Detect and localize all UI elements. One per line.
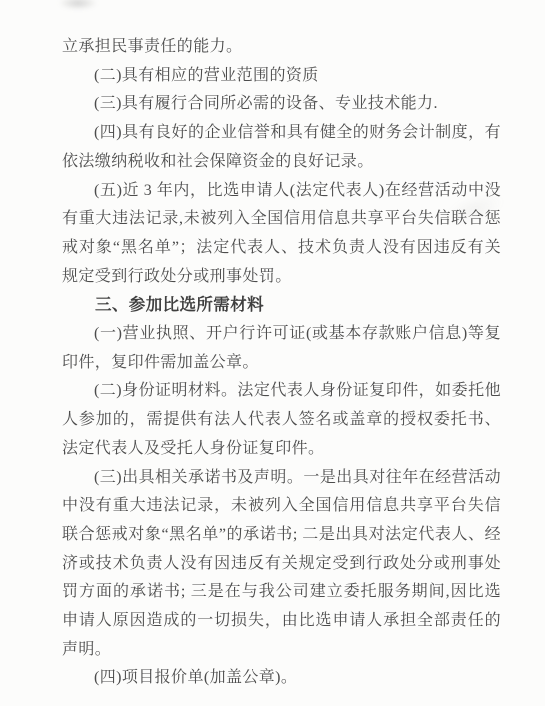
document-body: 立承担民事责任的能力。 (二)具有相应的营业范围的资质 (三)具有履行合同所必需… [0,0,545,693]
paragraph-continuation: 立承担民事责任的能力。 [62,33,501,62]
document-page: 立承担民事责任的能力。 (二)具有相应的营业范围的资质 (三)具有履行合同所必需… [0,0,545,706]
section-heading-materials: 三、参加比选所需材料 [62,291,501,320]
condition-item-2: (二)具有相应的营业范围的资质 [62,62,501,91]
condition-item-3: (三)具有履行合同所必需的设备、专业技术能力. [62,90,501,119]
condition-item-5: (五)近 3 年内，比选申请人(法定代表人)在经营活动中没有重大违法记录,未被列… [62,177,501,292]
material-item-3: (三)出具相关承诺书及声明。一是出具对往年在经营活动中没有重大违法记录，未被列入… [62,464,501,665]
material-item-4: (四)项目报价单(加盖公章)。 [62,664,501,693]
material-item-2: (二)身份证明材料。法定代表人身份证复印件，如委托他人参加的，需提供有法人代表人… [62,377,501,463]
material-item-1: (一)营业执照、开户行许可证(或基本存款账户信息)等复印件，复印件需加盖公章。 [62,320,501,377]
condition-item-4: (四)具有良好的企业信誉和具有健全的财务会计制度，有依法缴纳税收和社会保障资金的… [62,119,501,176]
